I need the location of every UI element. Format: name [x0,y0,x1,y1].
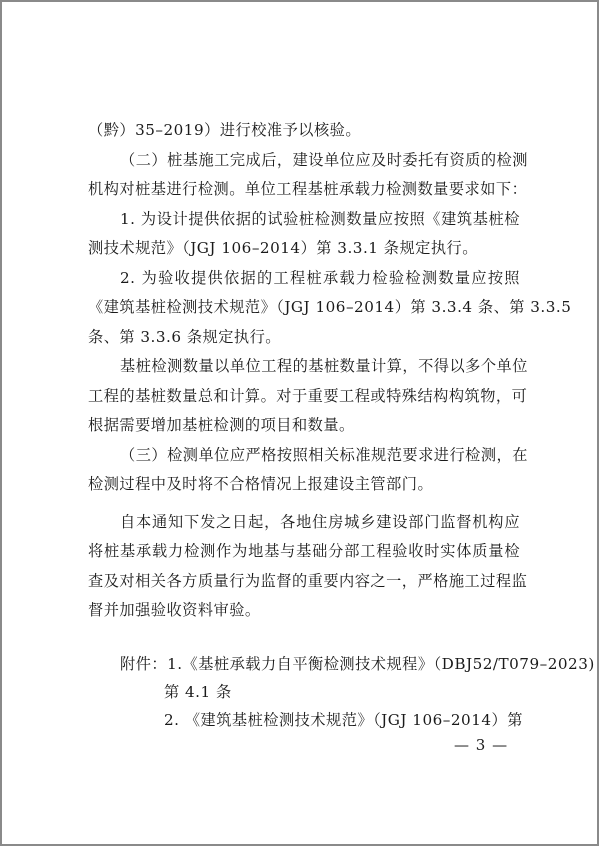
text-line: 工程的基桩数量总和计算。对于重要工程或特殊结构构筑物，可 [88,386,520,406]
text-line: （二）桩基施工完成后，建设单位应及时委托有资质的检测 [120,150,520,170]
text-line: 条、第 3.3.6 条规定执行。 [88,327,520,347]
text-line: 检测过程中及时将不合格情况上报建设主管部门。 [88,474,520,494]
text-line: 督并加强验收资料审验。 [88,600,520,620]
document-page: （黔）35–2019）进行校准予以核验。 （二）桩基施工完成后，建设单位应及时委… [0,0,599,846]
text-line: （三）检测单位应严格按照相关标准规范要求进行检测，在 [120,445,520,465]
text-line: 自本通知下发之日起，各地住房城乡建设部门监督机构应 [120,512,520,532]
text-line: 基桩检测数量以单位工程的基桩数量计算，不得以多个单位 [120,356,520,376]
text-line: 查及对相关各方质量行为监督的重要内容之一，严格施工过程监 [88,571,520,591]
page-number: — 3 — [454,736,508,754]
text-line: 测技术规范》（JGJ 106–2014）第 3.3.1 条规定执行。 [88,238,520,258]
text-line: （黔）35–2019）进行校准予以核验。 [88,120,520,140]
text-line: 2. 为验收提供依据的工程桩承载力检验检测数量应按照 [120,268,520,288]
text-line: 将桩基承载力检测作为地基与基础分部工程验收时实体质量检 [88,541,520,561]
attachment-item-1: 附件：1.《基桩承载力自平衡检测技术规程》（DBJ52/T079–2023) [120,654,525,674]
text-line: 《建筑基桩检测技术规范》（JGJ 106–2014）第 3.3.4 条、第 3.… [88,297,520,317]
text-line: 1. 为设计提供依据的试验桩检测数量应按照《建筑基桩检 [120,209,520,229]
attachment-item-1-continued: 第 4.1 条 [164,682,464,702]
text-line: 根据需要增加基桩检测的项目和数量。 [88,415,520,435]
text-line: 机构对桩基进行检测。单位工程基桩承载力检测数量要求如下： [88,179,520,199]
attachment-item-2: 2. 《建筑基桩检测技术规范》（JGJ 106–2014）第 [164,710,520,730]
